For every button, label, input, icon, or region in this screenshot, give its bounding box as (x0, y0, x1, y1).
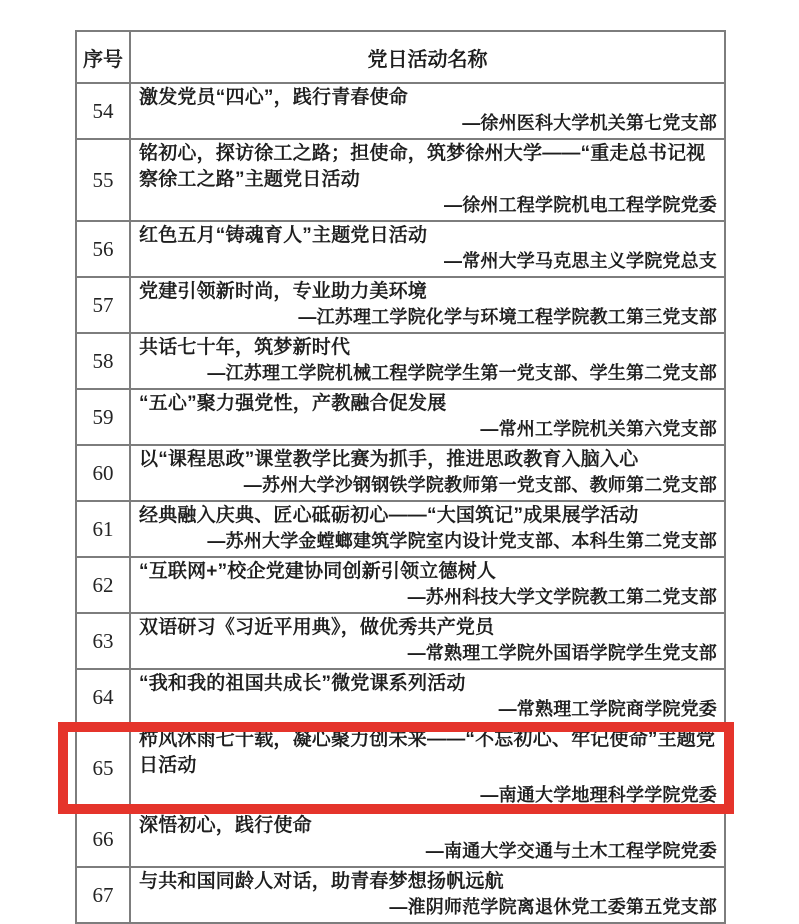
table-row: 58共话七十年，筑梦新时代—江苏理工学院机械工程学院学生第一党支部、学生第二党支… (77, 334, 724, 390)
activity-cell: 栉风沐雨七十载，凝心聚力创未来——“不忘初心、牢记使命”主题党日活动—南通大学地… (131, 726, 724, 810)
organization: —江苏理工学院化学与环境工程学院教工第三党支部 (139, 305, 717, 330)
table-row: 54激发党员“四心”，践行青春使命—徐州医科大学机关第七党支部 (77, 84, 724, 140)
table-row: 65栉风沐雨七十载，凝心聚力创未来——“不忘初心、牢记使命”主题党日活动—南通大… (77, 726, 724, 812)
activity-cell: 经典融入庆典、匠心砥砺初心——“大国筑记”成果展学活动—苏州大学金螳螂建筑学院室… (131, 502, 724, 556)
activity-title: 党建引领新时尚，专业助力美环境 (139, 279, 717, 305)
table-header-row: 序号 党日活动名称 (77, 32, 724, 84)
activity-title: 深悟初心，践行使命 (139, 813, 717, 839)
activity-title: 与共和国同龄人对话，助青春梦想扬帆远航 (139, 869, 717, 895)
row-number: 56 (77, 222, 131, 276)
activity-title: 激发党员“四心”，践行青春使命 (139, 85, 717, 111)
organization: —南通大学交通与土木工程学院党委 (139, 839, 717, 864)
activity-table: 序号 党日活动名称 54激发党员“四心”，践行青春使命—徐州医科大学机关第七党支… (75, 30, 726, 915)
activity-title: 双语研习《习近平用典》，做优秀共产党员 (139, 615, 717, 641)
row-number: 67 (77, 868, 131, 915)
table-row: 55铭初心，探访徐工之路；担使命，筑梦徐州大学——“重走总书记视察徐工之路”主题… (77, 140, 724, 222)
activity-title: 经典融入庆典、匠心砥砺初心——“大国筑记”成果展学活动 (139, 503, 717, 529)
activity-title: 共话七十年，筑梦新时代 (139, 335, 717, 361)
activity-cell: 与共和国同龄人对话，助青春梦想扬帆远航—淮阴师范学院离退休党工委第五党支部 (131, 868, 724, 915)
row-number: 59 (77, 390, 131, 444)
row-number: 60 (77, 446, 131, 500)
activity-title: 以“课程思政”课堂教学比赛为抓手，推进思政教育入脑入心 (139, 447, 717, 473)
activity-cell: 以“课程思政”课堂教学比赛为抓手，推进思政教育入脑入心—苏州大学沙钢钢铁学院教师… (131, 446, 724, 500)
activity-cell: 共话七十年，筑梦新时代—江苏理工学院机械工程学院学生第一党支部、学生第二党支部 (131, 334, 724, 388)
table-row: 57党建引领新时尚，专业助力美环境—江苏理工学院化学与环境工程学院教工第三党支部 (77, 278, 724, 334)
organization: —徐州医科大学机关第七党支部 (139, 111, 717, 136)
table-row: 61经典融入庆典、匠心砥砺初心——“大国筑记”成果展学活动—苏州大学金螳螂建筑学… (77, 502, 724, 558)
activity-title: 红色五月“铸魂育人”主题党日活动 (139, 223, 717, 249)
row-number: 57 (77, 278, 131, 332)
organization: —苏州大学沙钢钢铁学院教师第一党支部、教师第二党支部 (139, 473, 717, 498)
activity-cell: 红色五月“铸魂育人”主题党日活动—常州大学马克思主义学院党总支 (131, 222, 724, 276)
row-number: 61 (77, 502, 131, 556)
table-row: 60以“课程思政”课堂教学比赛为抓手，推进思政教育入脑入心—苏州大学沙钢钢铁学院… (77, 446, 724, 502)
row-number: 64 (77, 670, 131, 724)
column-header-activity: 党日活动名称 (368, 43, 488, 72)
activity-cell: 党建引领新时尚，专业助力美环境—江苏理工学院化学与环境工程学院教工第三党支部 (131, 278, 724, 332)
organization: —苏州科技大学文学院教工第二党支部 (139, 585, 717, 610)
organization: —江苏理工学院机械工程学院学生第一党支部、学生第二党支部 (139, 361, 717, 386)
activity-title: “我和我的祖国共成长”微党课系列活动 (139, 671, 717, 697)
activity-title: 铭初心，探访徐工之路；担使命，筑梦徐州大学——“重走总书记视察徐工之路”主题党日… (139, 141, 717, 193)
row-number: 65 (77, 726, 131, 810)
activity-cell: “我和我的祖国共成长”微党课系列活动—常熟理工学院商学院党委 (131, 670, 724, 724)
table-row: 63双语研习《习近平用典》，做优秀共产党员—常熟理工学院外国语学院学生党支部 (77, 614, 724, 670)
organization: —徐州工程学院机电工程学院党委 (139, 193, 717, 218)
table-row: 56红色五月“铸魂育人”主题党日活动—常州大学马克思主义学院党总支 (77, 222, 724, 278)
table-row: 62“互联网+”校企党建协同创新引领立德树人—苏州科技大学文学院教工第二党支部 (77, 558, 724, 614)
row-number: 66 (77, 812, 131, 866)
column-header-number: 序号 (77, 32, 131, 82)
activity-cell: “五心”聚力强党性，产教融合促发展—常州工学院机关第六党支部 (131, 390, 724, 444)
activity-cell: 铭初心，探访徐工之路；担使命，筑梦徐州大学——“重走总书记视察徐工之路”主题党日… (131, 140, 724, 220)
organization: —南通大学地理科学学院党委 (139, 783, 717, 808)
table-row: 59“五心”聚力强党性，产教融合促发展—常州工学院机关第六党支部 (77, 390, 724, 446)
activity-title: 栉风沐雨七十载，凝心聚力创未来——“不忘初心、牢记使命”主题党日活动 (139, 727, 717, 779)
row-number: 62 (77, 558, 131, 612)
row-number: 58 (77, 334, 131, 388)
activity-cell: 深悟初心，践行使命—南通大学交通与土木工程学院党委 (131, 812, 724, 866)
organization: —苏州大学金螳螂建筑学院室内设计党支部、本科生第二党支部 (139, 529, 717, 554)
activity-cell: 激发党员“四心”，践行青春使命—徐州医科大学机关第七党支部 (131, 84, 724, 138)
activity-title: “互联网+”校企党建协同创新引领立德树人 (139, 559, 717, 585)
organization: —常熟理工学院商学院党委 (139, 697, 717, 722)
table-row: 64“我和我的祖国共成长”微党课系列活动—常熟理工学院商学院党委 (77, 670, 724, 726)
organization: —常州工学院机关第六党支部 (139, 417, 717, 442)
organization: —淮阴师范学院离退休党工委第五党支部 (139, 895, 717, 915)
table-row: 66深悟初心，践行使命—南通大学交通与土木工程学院党委 (77, 812, 724, 868)
table-row: 67与共和国同龄人对话，助青春梦想扬帆远航—淮阴师范学院离退休党工委第五党支部 (77, 868, 724, 915)
row-number: 55 (77, 140, 131, 220)
activity-title: “五心”聚力强党性，产教融合促发展 (139, 391, 717, 417)
row-number: 54 (77, 84, 131, 138)
row-number: 63 (77, 614, 131, 668)
organization: —常州大学马克思主义学院党总支 (139, 249, 717, 274)
column-header-activity-cell: 党日活动名称 (131, 32, 724, 82)
activity-cell: 双语研习《习近平用典》，做优秀共产党员—常熟理工学院外国语学院学生党支部 (131, 614, 724, 668)
organization: —常熟理工学院外国语学院学生党支部 (139, 641, 717, 666)
activity-cell: “互联网+”校企党建协同创新引领立德树人—苏州科技大学文学院教工第二党支部 (131, 558, 724, 612)
